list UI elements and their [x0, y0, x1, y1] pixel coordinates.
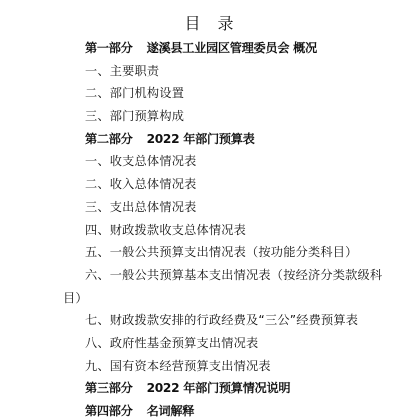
toc-item[interactable]: 三、支出总体情况表 — [63, 196, 363, 219]
part-label: 第四部分 — [85, 404, 133, 418]
part-label: 第一部分 — [85, 41, 133, 55]
toc-item[interactable]: 六、一般公共预算基本支出情况表（按经济分类款级科 — [63, 264, 363, 287]
part-title: 遂溪县工业园区管理委员会 概况 — [147, 41, 317, 55]
toc-title: 目 录 — [0, 13, 418, 35]
toc-item[interactable]: 一、主要职责 — [63, 60, 363, 83]
part-label: 第三部分 — [85, 381, 133, 395]
toc-item[interactable]: 四、财政拨款收支总体情况表 — [63, 219, 363, 242]
toc-item[interactable]: 八、政府性基金预算支出情况表 — [63, 332, 363, 355]
part-title: 名词解释 — [147, 404, 195, 418]
toc-item[interactable]: 九、国有资本经营预算支出情况表 — [63, 355, 363, 378]
table-of-contents: 第一部分遂溪县工业园区管理委员会 概况 一、主要职责 二、部门机构设置 三、部门… — [63, 37, 363, 418]
document-page: 目 录 第一部分遂溪县工业园区管理委员会 概况 一、主要职责 二、部门机构设置 … — [0, 0, 418, 418]
toc-item[interactable]: 二、部门机构设置 — [63, 82, 363, 105]
part-title: 2022 年部门预算情况说明 — [147, 381, 291, 395]
toc-item[interactable]: 七、财政拨款安排的行政经费及“三公”经费预算表 — [63, 309, 363, 332]
toc-item[interactable]: 二、收入总体情况表 — [63, 173, 363, 196]
toc-part-2[interactable]: 第二部分2022 年部门预算表 — [63, 128, 363, 151]
toc-part-3[interactable]: 第三部分2022 年部门预算情况说明 — [63, 377, 363, 400]
toc-item[interactable]: 一、收支总体情况表 — [63, 150, 363, 173]
toc-item-continuation[interactable]: 目） — [63, 287, 363, 310]
part-label: 第二部分 — [85, 132, 133, 146]
part-title: 2022 年部门预算表 — [147, 132, 255, 146]
toc-part-4[interactable]: 第四部分名词解释 — [63, 400, 363, 418]
toc-item[interactable]: 三、部门预算构成 — [63, 105, 363, 128]
toc-item[interactable]: 五、一般公共预算支出情况表（按功能分类科目） — [63, 241, 363, 264]
toc-part-1[interactable]: 第一部分遂溪县工业园区管理委员会 概况 — [63, 37, 363, 60]
